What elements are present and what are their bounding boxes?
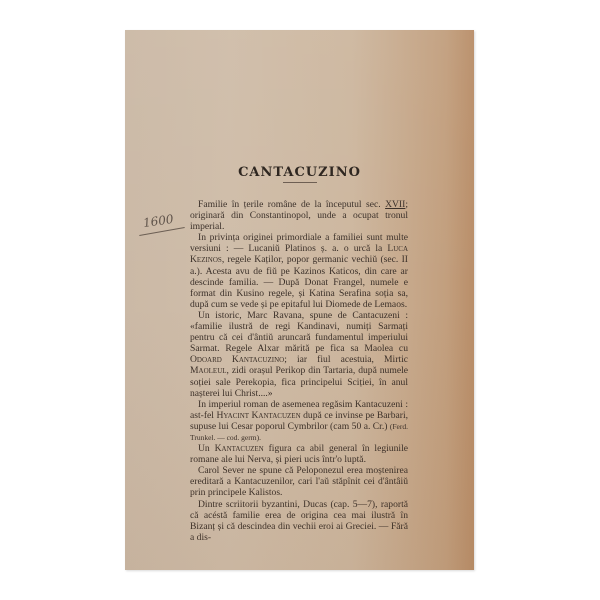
paragraph: In imperiul roman de asemenea regăsim Ka… <box>190 399 408 443</box>
page-title: CANTACUZINO <box>125 165 474 180</box>
paragraph: Un Kantacuzen figura ca abil general în … <box>190 443 408 465</box>
paragraph: Carol Sever ne spune că Peloponezul erea… <box>190 465 408 498</box>
paragraph: In privința originei primordiale a famil… <box>190 232 408 310</box>
title-divider <box>283 182 317 183</box>
handwritten-margin-note: 1600 <box>142 212 174 230</box>
book-page: 1600 CANTACUZINO Familie în țerile român… <box>125 30 474 570</box>
body-text: Familie în țerile române de la începutul… <box>190 199 408 543</box>
paragraph: Dintre scriitorii byzantini, Ducas (cap.… <box>190 499 408 543</box>
paragraph: Un istoric, Marc Ravana, spune de Cantac… <box>190 310 408 399</box>
paragraph: Familie în țerile române de la începutul… <box>190 199 408 232</box>
